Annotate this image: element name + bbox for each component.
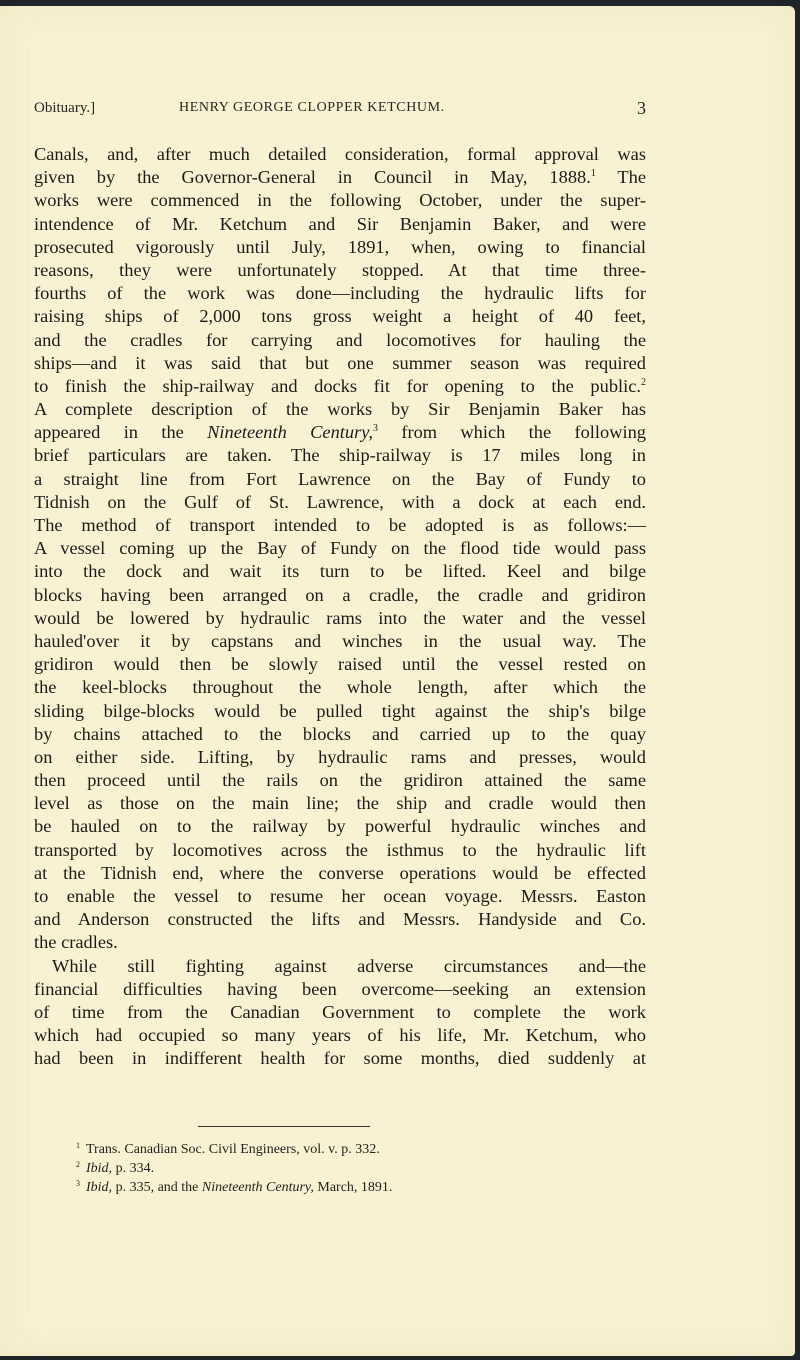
text-line: reasons, they were unfortunately stopped… — [34, 259, 646, 282]
text-line: brief particulars are taken. The ship-ra… — [34, 444, 646, 467]
text-line: ships—and it was said that but one summe… — [34, 352, 646, 375]
text-line: Tidnish on the Gulf of St. Lawrence, wit… — [34, 491, 646, 514]
text-line: works were commenced in the following Oc… — [34, 189, 646, 212]
text-line: to enable the vessel to resume her ocean… — [34, 885, 646, 908]
text-line: prosecuted vigorously until July, 1891, … — [34, 236, 646, 259]
text-line: at the Tidnish end, where the converse o… — [34, 862, 646, 885]
footnote-ref: 2 — [641, 377, 646, 388]
text-line: to finish the ship-railway and docks fit… — [34, 375, 646, 398]
running-head: Obituary.] HENRY GEORGE CLOPPER KETCHUM.… — [34, 100, 646, 122]
text-line: blocks having been arranged on a cradle,… — [34, 584, 646, 607]
text-line: be hauled on to the railway by powerful … — [34, 815, 646, 838]
text-line: level as those on the main line; the shi… — [34, 792, 646, 815]
text-line: fourths of the work was done—including t… — [34, 282, 646, 305]
footnote: 2Ibid, p. 334. — [76, 1159, 392, 1178]
text-line: transported by locomotives across the is… — [34, 839, 646, 862]
text-line: raising ships of 2,000 tons gross weight… — [34, 305, 646, 328]
book-page: Obituary.] HENRY GEORGE CLOPPER KETCHUM.… — [0, 6, 795, 1356]
text-line: appeared in the Nineteenth Century,3 fro… — [34, 421, 646, 444]
text-line: had been in indifferent health for some … — [34, 1047, 646, 1070]
text-line: Canals, and, after much detailed conside… — [34, 143, 646, 166]
text-line: While still fighting against adverse cir… — [34, 955, 646, 978]
text-line: gridiron would then be slowly raised unt… — [34, 653, 646, 676]
text-line: intendence of Mr. Ketchum and Sir Benjam… — [34, 213, 646, 236]
text-line: on either side. Lifting, by hydraulic ra… — [34, 746, 646, 769]
footnote: 1Trans. Canadian Soc. Civil Engineers, v… — [76, 1140, 392, 1159]
text-line: would be lowered by hydraulic rams into … — [34, 607, 646, 630]
text-line: a straight line from Fort Lawrence on th… — [34, 468, 646, 491]
text-line: A complete description of the works by S… — [34, 398, 646, 421]
text-line: and Anderson constructed the lifts and M… — [34, 908, 646, 931]
footnote: 3Ibid, p. 335, and the Nineteenth Centur… — [76, 1178, 392, 1197]
text-line: sliding bilge-blocks would be pulled tig… — [34, 700, 646, 723]
page-title: HENRY GEORGE CLOPPER KETCHUM. — [179, 100, 445, 116]
text-line: by chains attached to the blocks and car… — [34, 723, 646, 746]
text-line: the cradles. — [34, 931, 646, 954]
footnote-divider — [198, 1126, 370, 1127]
text-line: financial difficulties having been overc… — [34, 978, 646, 1001]
text-line: then proceed until the rails on the grid… — [34, 769, 646, 792]
text-line: which had occupied so many years of his … — [34, 1024, 646, 1047]
text-line: and the cradles for carrying and locomot… — [34, 329, 646, 352]
section-label: Obituary.] — [34, 100, 95, 117]
text-line: the keel-blocks throughout the whole len… — [34, 676, 646, 699]
footnotes: 1Trans. Canadian Soc. Civil Engineers, v… — [76, 1140, 392, 1197]
text-line: into the dock and wait its turn to be li… — [34, 560, 646, 583]
text-line: of time from the Canadian Government to … — [34, 1001, 646, 1024]
page-number: 3 — [637, 98, 646, 119]
text-line: The method of transport intended to be a… — [34, 514, 646, 537]
text-line: A vessel coming up the Bay of Fundy on t… — [34, 537, 646, 560]
body-text: Canals, and, after much detailed conside… — [34, 143, 646, 1071]
text-line: hauled'over it by capstans and winches i… — [34, 630, 646, 653]
text-line: given by the Governor-General in Council… — [34, 166, 646, 189]
